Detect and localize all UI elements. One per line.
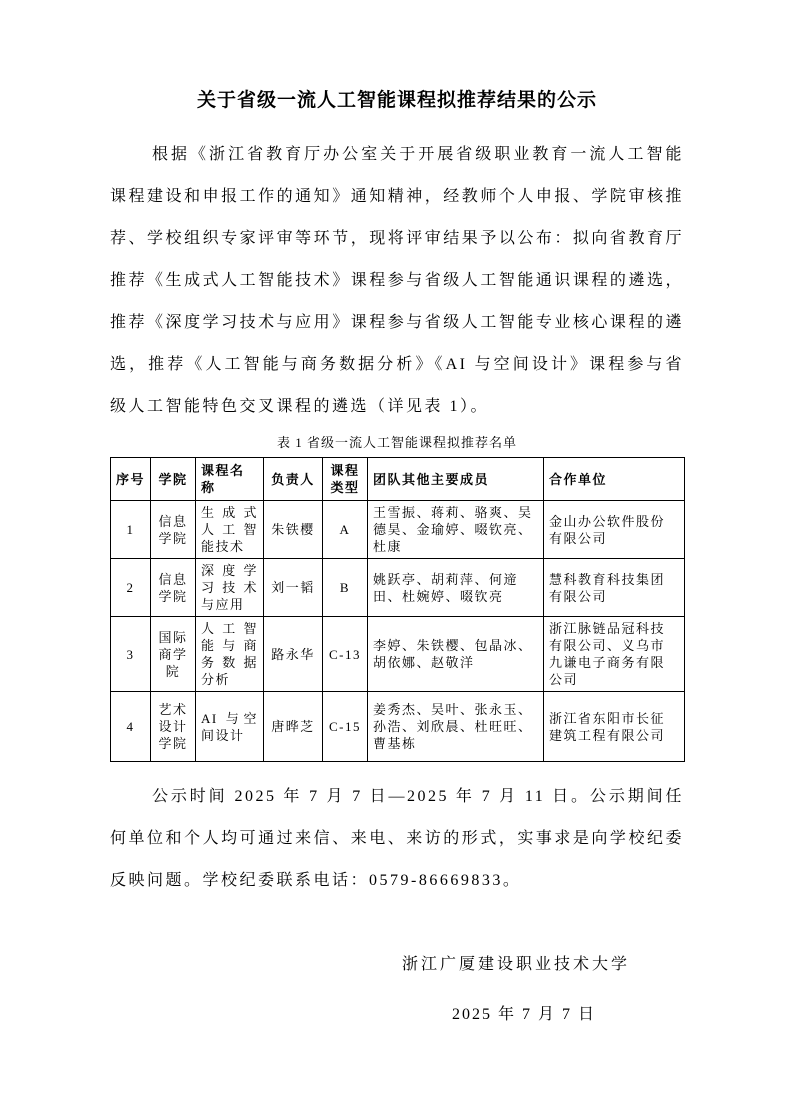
table-cell: 姚跃亭、胡莉萍、何遆田、杜婉婷、啜钦亮 <box>368 559 544 617</box>
table-header-cell: 序号 <box>111 458 151 501</box>
table-body: 1信息学院生成式人工智能技术朱铁樱A王雪振、蒋莉、骆爽、吴德昊、金瑜婷、啜钦亮、… <box>111 501 685 762</box>
table-row: 2信息学院深度学习技术与应用刘一韬B姚跃亭、胡莉萍、何遆田、杜婉婷、啜钦亮慧科教… <box>111 559 685 617</box>
table-cell: 路永华 <box>264 617 323 692</box>
table-cell: B <box>323 559 368 617</box>
table-cell: 人工智能与商务数据分析 <box>196 617 264 692</box>
table-header-cell: 负责人 <box>264 458 323 501</box>
table-header-cell: 合作单位 <box>544 458 685 501</box>
document-content: 关于省级一流人工智能课程拟推荐结果的公示 根据《浙江省教育厅办公室关于开展省级职… <box>110 0 684 1028</box>
table-cell: C-13 <box>323 617 368 692</box>
table-header-cell: 学院 <box>151 458 196 501</box>
signature-block: 浙江广厦建设职业技术大学 2025 年 7 月 7 日 <box>110 952 684 1028</box>
table-cell: 姜秀杰、吴叶、张永玉、孙浩、刘欣晨、杜旺旺、曹基栋 <box>368 692 544 762</box>
notice-paragraph: 公示时间 2025 年 7 月 7 日—2025 年 7 月 11 日。公示期间… <box>110 776 684 902</box>
table-caption: 表 1 省级一流人工智能课程拟推荐名单 <box>110 434 684 452</box>
table-cell: 浙江省东阳市长征建筑工程有限公司 <box>544 692 685 762</box>
table-cell: 4 <box>111 692 151 762</box>
table-cell: 李婷、朱铁樱、包晶冰、胡依娜、赵敬洋 <box>368 617 544 692</box>
table-cell: 生成式人工智能技术 <box>196 501 264 559</box>
table-cell: 慧科教育科技集团有限公司 <box>544 559 685 617</box>
table-cell: 深度学习技术与应用 <box>196 559 264 617</box>
table-cell: A <box>323 501 368 559</box>
table-cell: C-15 <box>323 692 368 762</box>
table-cell: AI 与空间设计 <box>196 692 264 762</box>
table-cell: 国际商学院 <box>151 617 196 692</box>
table-cell: 艺术设计学院 <box>151 692 196 762</box>
table-cell: 信息学院 <box>151 559 196 617</box>
table-row: 1信息学院生成式人工智能技术朱铁樱A王雪振、蒋莉、骆爽、吴德昊、金瑜婷、啜钦亮、… <box>111 501 685 559</box>
table-header-row: 序号学院课程名称负责人课程类型团队其他主要成员合作单位 <box>111 458 685 501</box>
table-cell: 刘一韬 <box>264 559 323 617</box>
table-cell: 信息学院 <box>151 501 196 559</box>
table-header-cell: 团队其他主要成员 <box>368 458 544 501</box>
table-row: 3国际商学院人工智能与商务数据分析路永华C-13李婷、朱铁樱、包晶冰、胡依娜、赵… <box>111 617 685 692</box>
table-row: 4艺术设计学院AI 与空间设计唐晔芝C-15姜秀杰、吴叶、张永玉、孙浩、刘欣晨、… <box>111 692 685 762</box>
table-cell: 2 <box>111 559 151 617</box>
table-cell: 唐晔芝 <box>264 692 323 762</box>
document-page: 关于省级一流人工智能课程拟推荐结果的公示 根据《浙江省教育厅办公室关于开展省级职… <box>0 0 794 1108</box>
signature-date: 2025 年 7 月 7 日 <box>110 1002 684 1028</box>
intro-paragraph: 根据《浙江省教育厅办公室关于开展省级职业教育一流人工智能课程建设和申报工作的通知… <box>110 134 684 428</box>
table-cell: 王雪振、蒋莉、骆爽、吴德昊、金瑜婷、啜钦亮、杜康 <box>368 501 544 559</box>
recommendation-table: 序号学院课程名称负责人课程类型团队其他主要成员合作单位 1信息学院生成式人工智能… <box>110 457 685 762</box>
table-cell: 金山办公软件股份有限公司 <box>544 501 685 559</box>
signature-org: 浙江广厦建设职业技术大学 <box>110 952 684 978</box>
table-cell: 朱铁樱 <box>264 501 323 559</box>
table-header-cell: 课程名称 <box>196 458 264 501</box>
table-cell: 1 <box>111 501 151 559</box>
table-cell: 3 <box>111 617 151 692</box>
table-cell: 浙江脉链品冠科技有限公司、义乌市九谦电子商务有限公司 <box>544 617 685 692</box>
table-header-cell: 课程类型 <box>323 458 368 501</box>
announcement-title: 关于省级一流人工智能课程拟推荐结果的公示 <box>110 0 684 114</box>
